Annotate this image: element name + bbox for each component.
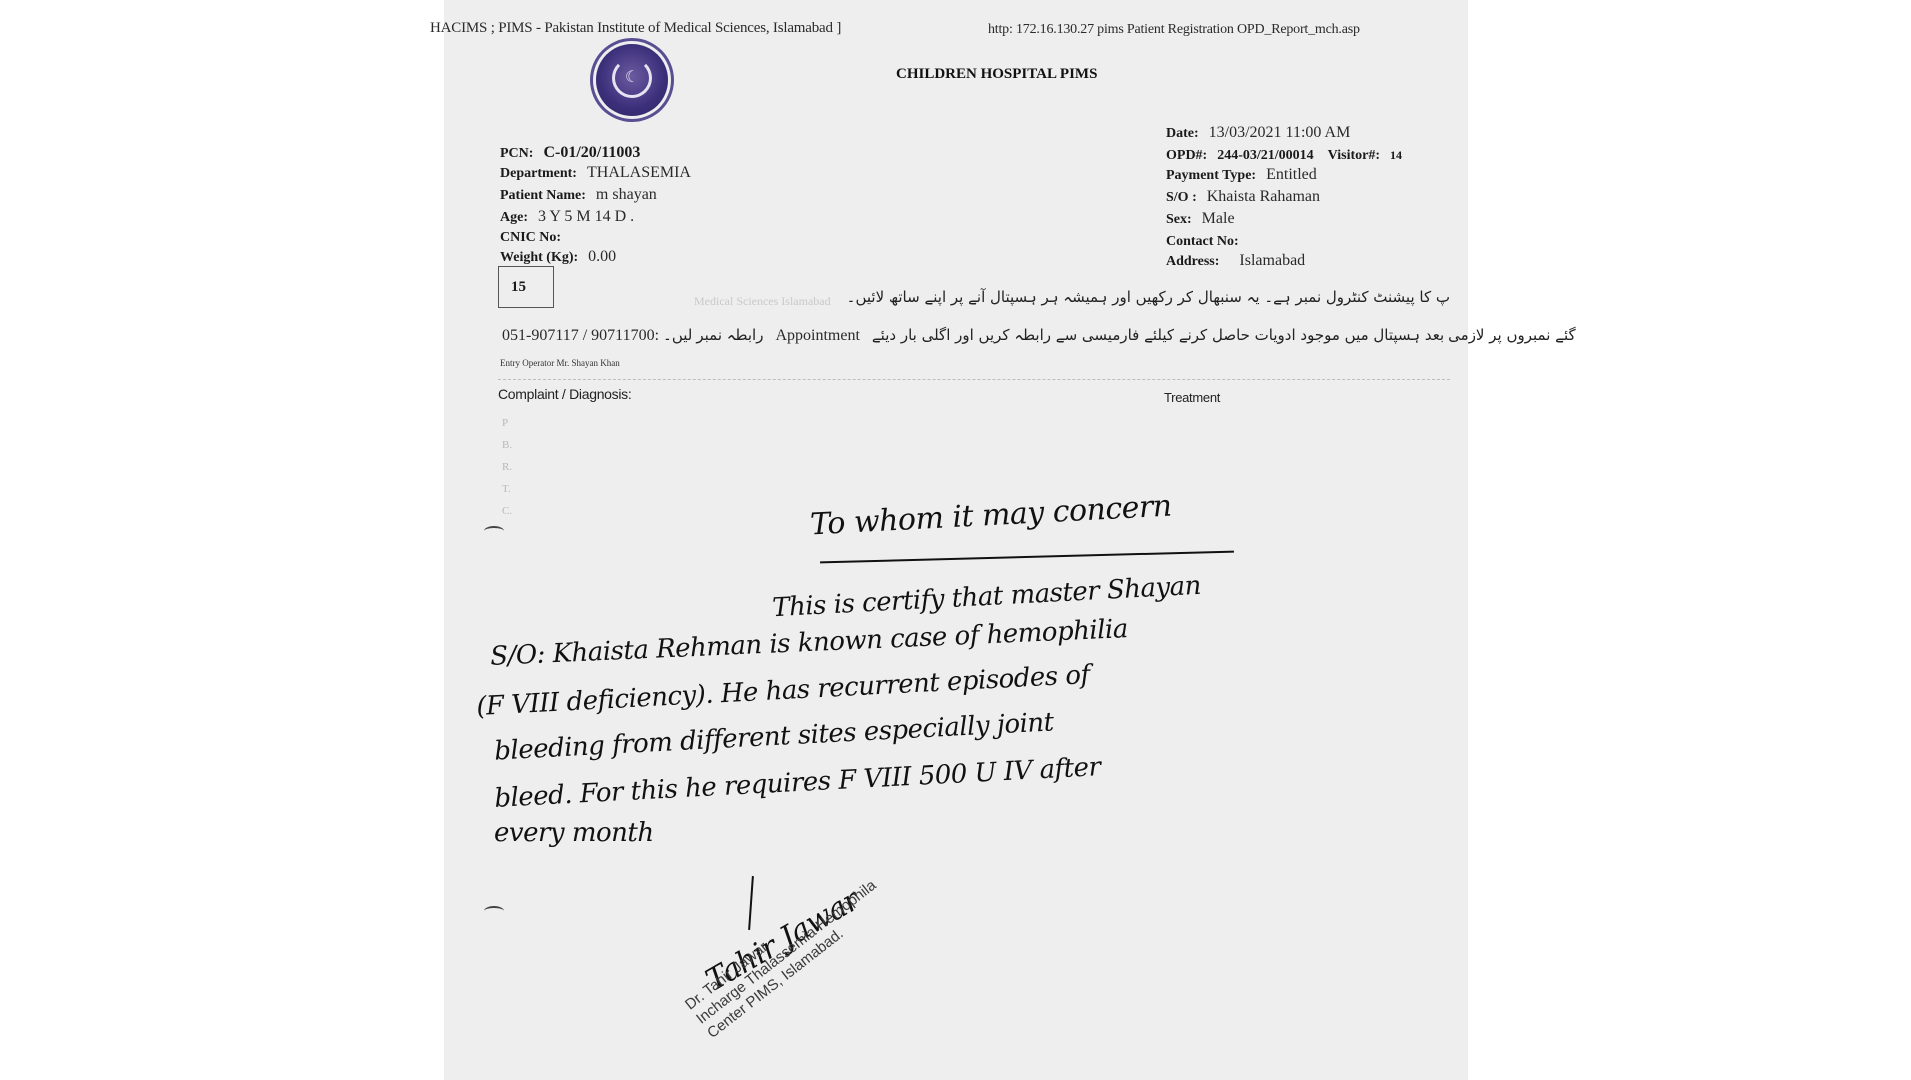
patient-name-label: Patient Name: xyxy=(500,188,586,203)
vital-r: R. xyxy=(502,456,512,478)
vital-c: C. xyxy=(502,500,512,522)
cnic-label: CNIC No: xyxy=(500,230,561,245)
payment-value: Entitled xyxy=(1266,166,1317,183)
sex-value: Male xyxy=(1202,210,1235,227)
print-header-url: http: 172.16.130.27 pims Patient Registr… xyxy=(988,22,1360,38)
token-number-box: 15 xyxy=(498,266,554,308)
pims-emblem-icon: ☾ xyxy=(596,44,668,116)
sex-label: Sex: xyxy=(1166,212,1192,227)
entry-operator: Entry Operator Mr. Shayan Khan xyxy=(500,358,620,368)
patient-name-value: m shayan xyxy=(596,186,657,203)
address-row: Address: Islamabad xyxy=(1166,252,1305,270)
urdu-ls: لیں۔ xyxy=(663,326,692,344)
handwritten-line-6: every month xyxy=(494,818,654,848)
address-value: Islamabad xyxy=(1239,252,1305,269)
contact-row: Contact No: xyxy=(1166,232,1245,250)
opd-row: OPD#: 244-03/21/00014 Visitor#: 14 xyxy=(1166,146,1408,164)
so-value: Khaista Rahaman xyxy=(1207,188,1320,205)
urdu-tail: گئے نمبروں پر لازمی xyxy=(1448,326,1575,344)
pcn-value: C-01/20/11003 xyxy=(543,144,640,161)
section-divider xyxy=(498,379,1450,380)
cnic-row: CNIC No: xyxy=(500,228,567,246)
date-row: Date: 13/03/2021 11:00 AM xyxy=(1166,124,1350,142)
scanned-document-page: HACIMS ; PIMS - Pakistan Institute of Me… xyxy=(444,0,1468,1080)
hospital-title: CHILDREN HOSPITAL PIMS xyxy=(896,66,1097,83)
print-header-left: HACIMS ; PIMS - Pakistan Institute of Me… xyxy=(430,20,841,37)
opd-value: 244-03/21/00014 xyxy=(1217,148,1313,163)
date-value: 13/03/2021 11:00 AM xyxy=(1209,124,1351,141)
doctor-stamp: Dr. Tahir Jawar Incharge Thalassemia Hem… xyxy=(682,863,891,1043)
weight-row: Weight (Kg): 0.00 xyxy=(500,248,616,266)
age-value: 3 Y 5 M 14 D . xyxy=(538,208,634,225)
hospital-phones: 051-907117 / 90711700: xyxy=(502,327,659,344)
punch-mark xyxy=(484,526,504,536)
complaint-diagnosis-label: Complaint / Diagnosis: xyxy=(498,386,631,402)
visitor-value: 14 xyxy=(1390,148,1402,162)
address-label: Address: xyxy=(1166,254,1219,269)
faded-watermark-text: Medical Sciences Islamabad xyxy=(694,294,831,309)
age-label: Age: xyxy=(500,210,528,225)
so-label: S/O : xyxy=(1166,190,1197,205)
pcn-row: PCN: C-01/20/11003 xyxy=(500,144,646,162)
weight-value: 0.00 xyxy=(588,248,616,265)
treatment-label: Treatment xyxy=(1164,390,1220,405)
appointment-word: Appointment xyxy=(775,327,859,344)
vitals-labels: P B. R. T. C. xyxy=(502,412,512,522)
visitor-label: Visitor#: xyxy=(1328,148,1380,163)
signature-stroke xyxy=(748,876,754,930)
department-value: THALASEMIA xyxy=(587,164,691,181)
so-row: S/O : Khaista Rahaman xyxy=(1166,188,1320,206)
urdu-instruction-line-2: بعد ہسپتال میں موجود ادویات حاصل کرنے کی… xyxy=(872,326,1444,344)
payment-row: Payment Type: Entitled xyxy=(1166,166,1317,184)
urdu-contact-label: رابطہ نمبر xyxy=(696,326,763,344)
opd-label: OPD#: xyxy=(1166,148,1207,163)
heading-underline xyxy=(820,551,1234,564)
weight-label: Weight (Kg): xyxy=(500,250,578,265)
urdu-instruction-line-1: پ کا پیشنٹ کنٹرول نمبر ہے۔ یہ سنبھال کر … xyxy=(847,288,1450,306)
vital-b: B. xyxy=(502,434,512,456)
department-row: Department: THALASEMIA xyxy=(500,164,691,182)
department-label: Department: xyxy=(500,166,577,181)
vital-p: P xyxy=(502,412,512,434)
contact-line: 051-907117 / 90711700: رابطہ نمبر لیں۔ A… xyxy=(502,326,1576,345)
patient-name-row: Patient Name: m shayan xyxy=(500,186,657,204)
vital-t: T. xyxy=(502,478,512,500)
sex-row: Sex: Male xyxy=(1166,210,1235,228)
stamp-line-2: Incharge Thalassemia Hemophila xyxy=(693,877,880,1029)
date-label: Date: xyxy=(1166,126,1199,141)
handwritten-heading: To whom it may concern xyxy=(809,489,1172,543)
handwritten-line-1: This is certify that master Shayan xyxy=(772,571,1202,623)
punch-mark xyxy=(484,906,504,916)
payment-label: Payment Type: xyxy=(1166,168,1256,183)
contact-label: Contact No: xyxy=(1166,234,1239,249)
age-row: Age: 3 Y 5 M 14 D . xyxy=(500,208,634,226)
pcn-label: PCN: xyxy=(500,146,533,161)
